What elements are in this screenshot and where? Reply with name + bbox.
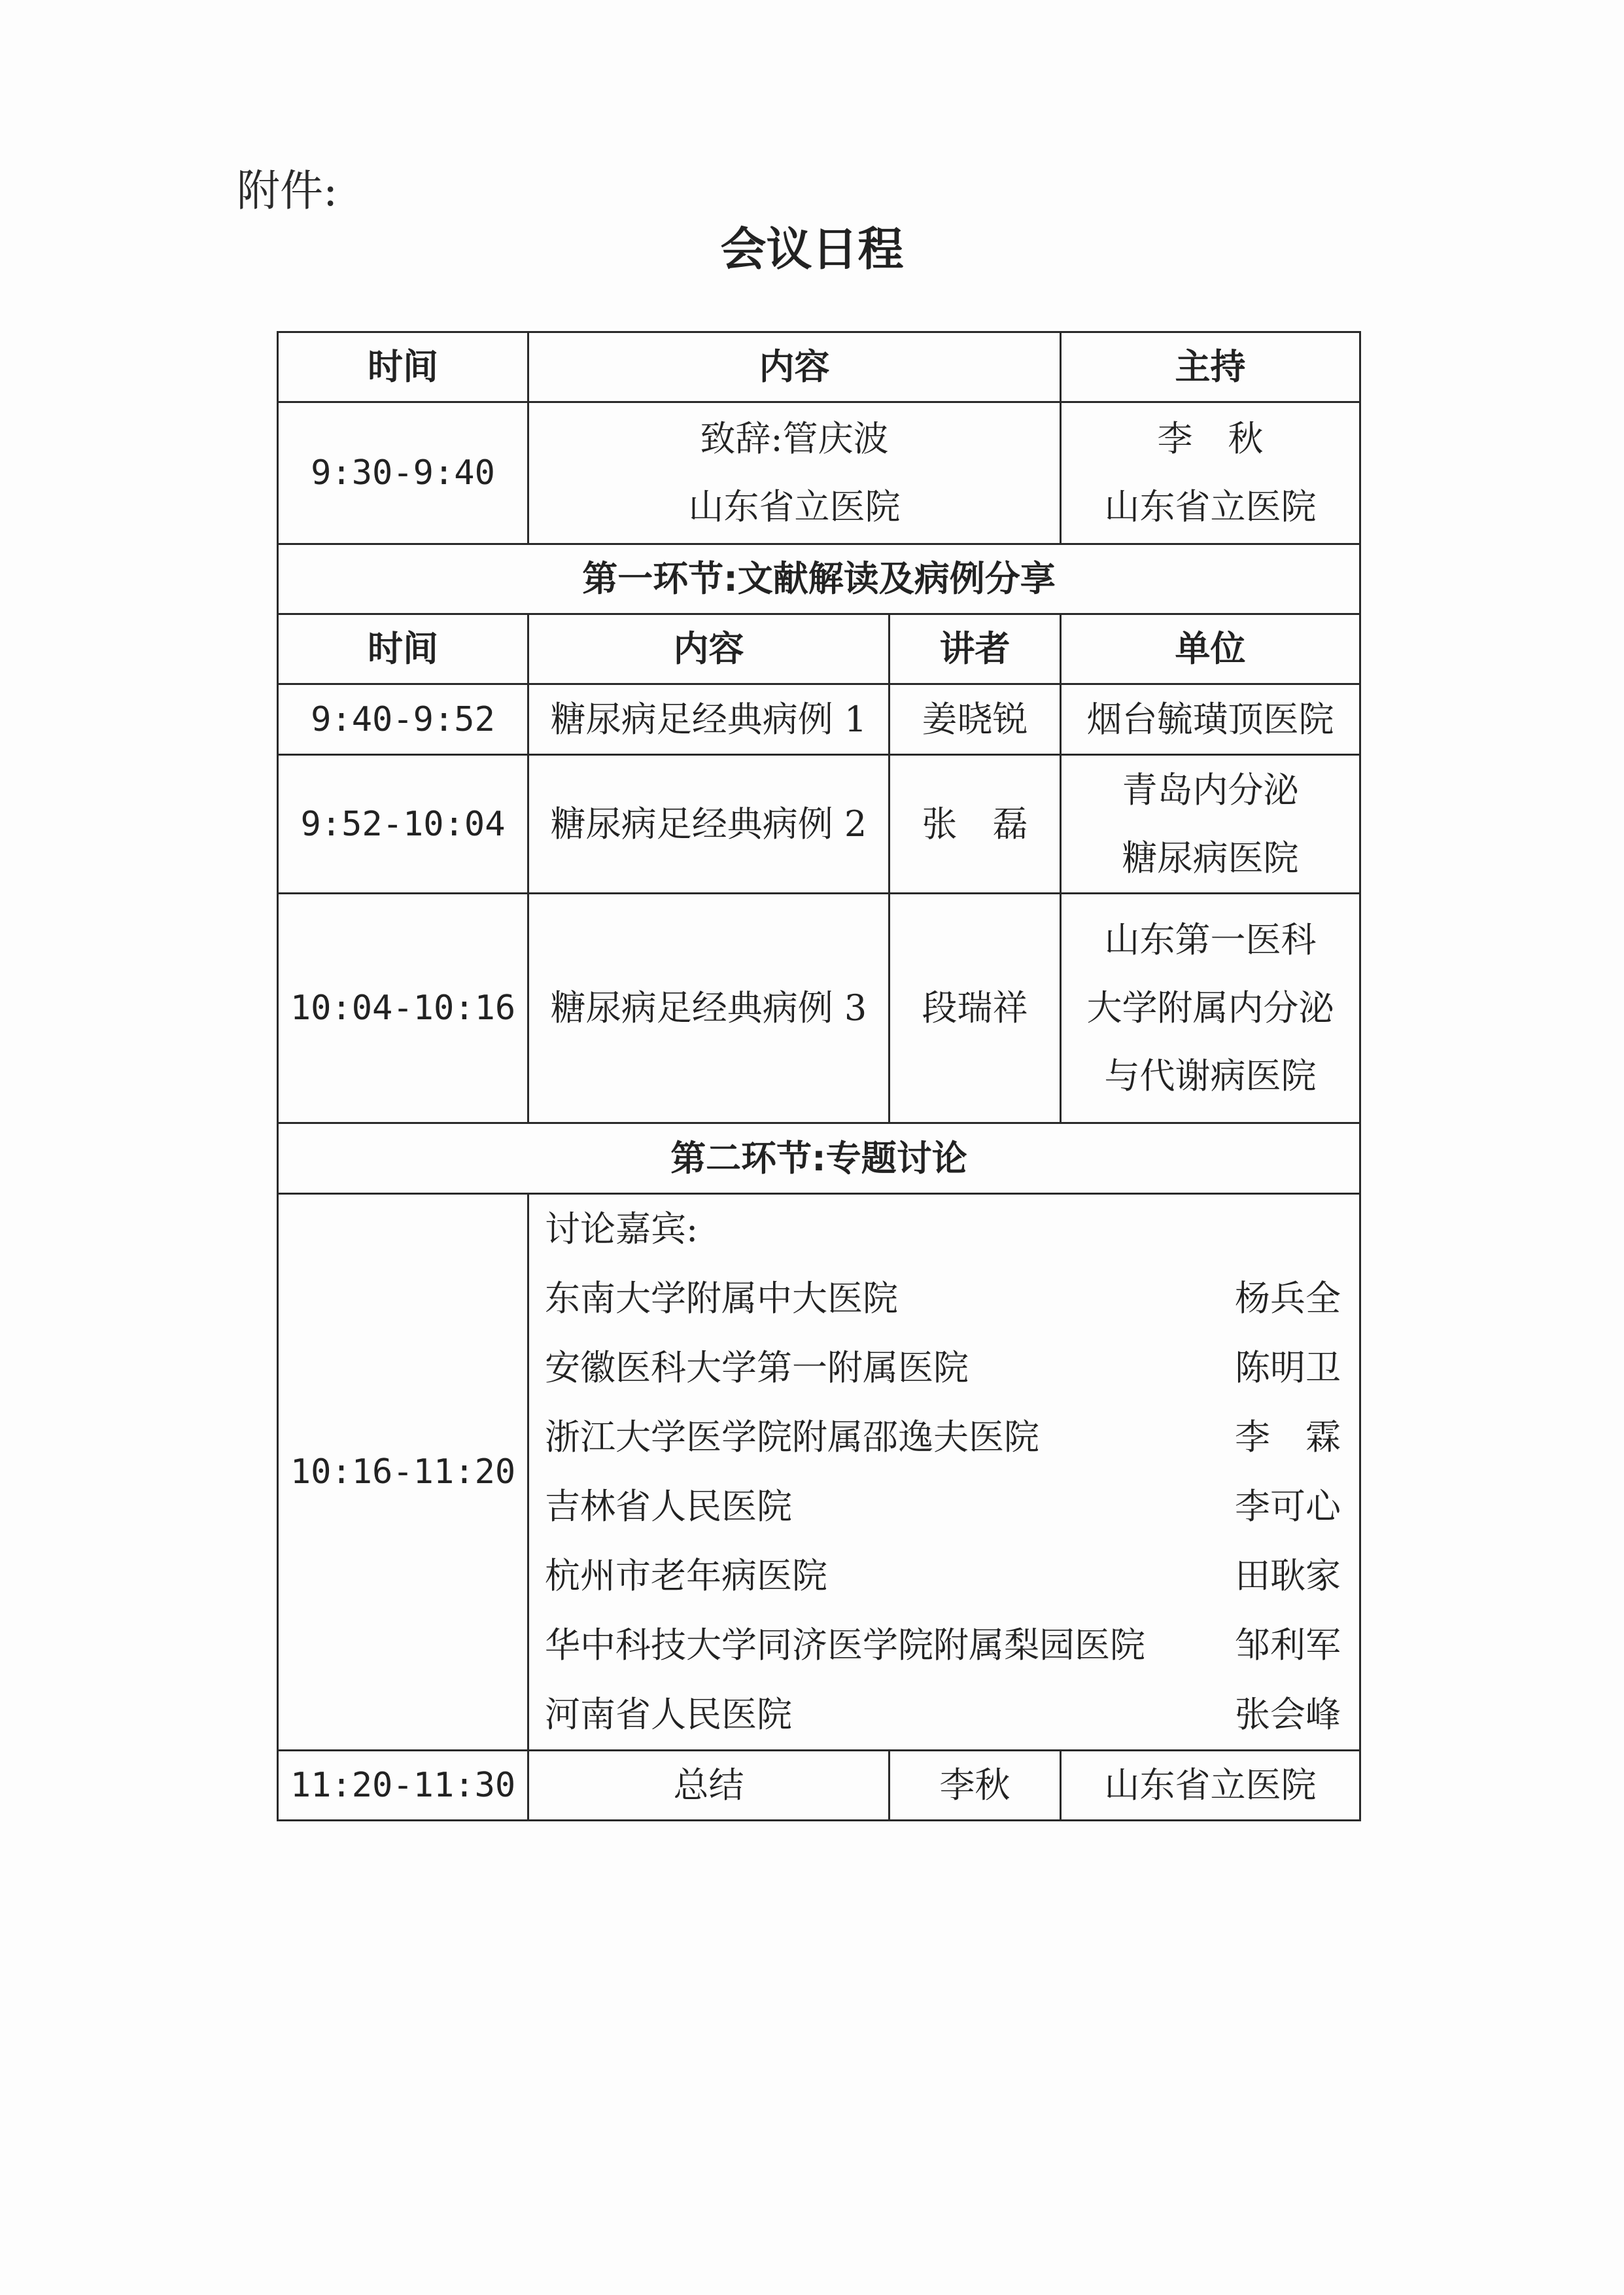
guest-item: 东南大学附属中大医院杨兵全 [545, 1264, 1341, 1333]
section1-title: 第一环节:文献解读及病例分享 [278, 544, 1360, 614]
speaker-cell: 段瑞祥 [890, 894, 1061, 1123]
guest-name: 邹利军 [1235, 1611, 1341, 1680]
table-row: 9:52-10:04 糖尿病足经典病例 2 张 磊 青岛内分泌 糖尿病医院 [278, 755, 1360, 894]
unit-line: 青岛内分泌 [1062, 756, 1359, 824]
guest-item: 河南省人民医院张会峰 [545, 1680, 1341, 1749]
guest-item: 浙江大学医学院附属邵逸夫医院李 霖 [545, 1403, 1341, 1472]
section1-header-row: 时间 内容 讲者 单位 [278, 614, 1360, 684]
time-cell: 9:30-9:40 [278, 402, 528, 544]
content-cell: 糖尿病足经典病例 3 [528, 894, 890, 1123]
host-cell: 李 秋 山东省立医院 [1061, 402, 1360, 544]
header-content: 内容 [528, 614, 890, 684]
content-cell: 致辞:管庆波 山东省立医院 [528, 402, 1061, 544]
unit-line: 山东第一医科 [1062, 906, 1359, 974]
guest-name: 杨兵全 [1235, 1264, 1341, 1333]
closing-row: 11:20-11:30 总结 李秋 山东省立医院 [278, 1751, 1360, 1821]
header-content: 内容 [528, 332, 1061, 402]
unit-cell: 青岛内分泌 糖尿病医院 [1061, 755, 1360, 894]
unit-cell: 山东第一医科 大学附属内分泌 与代谢病医院 [1061, 894, 1360, 1123]
guest-name: 陈明卫 [1235, 1333, 1341, 1403]
speaker-cell: 张 磊 [890, 755, 1061, 894]
guest-org: 东南大学附属中大医院 [545, 1264, 898, 1333]
content-line: 致辞:管庆波 [529, 405, 1060, 473]
guest-item: 安徽医科大学第一附属医院陈明卫 [545, 1333, 1341, 1403]
content-cell: 糖尿病足经典病例 1 [528, 684, 890, 755]
schedule-table: 时间 内容 主持 9:30-9:40 致辞:管庆波 山东省立医院 李 秋 山东省… [277, 331, 1361, 1821]
opening-row: 9:30-9:40 致辞:管庆波 山东省立医院 李 秋 山东省立医院 [278, 402, 1360, 544]
section1-title-row: 第一环节:文献解读及病例分享 [278, 544, 1360, 614]
opening-header-row: 时间 内容 主持 [278, 332, 1360, 402]
guest-name: 张会峰 [1235, 1680, 1341, 1749]
speaker-cell: 李秋 [890, 1751, 1061, 1821]
discussion-row: 10:16-11:20 讨论嘉宾: 东南大学附属中大医院杨兵全 安徽医科大学第一… [278, 1194, 1360, 1751]
header-speaker: 讲者 [890, 614, 1061, 684]
unit-cell: 烟台毓璜顶医院 [1061, 684, 1360, 755]
time-cell: 11:20-11:30 [278, 1751, 528, 1821]
guest-org: 吉林省人民医院 [545, 1472, 792, 1541]
host-name: 李 秋 [1062, 405, 1359, 473]
guests-label-text: 讨论嘉宾: [545, 1195, 698, 1264]
guest-item: 杭州市老年病医院田耿家 [545, 1541, 1341, 1611]
content-cell: 总结 [528, 1751, 890, 1821]
guests-label: 讨论嘉宾: [545, 1195, 1341, 1264]
unit-line: 烟台毓璜顶医院 [1062, 686, 1359, 754]
section2-title-row: 第二环节:专题讨论 [278, 1123, 1360, 1194]
guest-item: 华中科技大学同济医学院附属梨园医院邹利军 [545, 1611, 1341, 1680]
host-unit: 山东省立医院 [1062, 473, 1359, 541]
section2-title: 第二环节:专题讨论 [278, 1123, 1360, 1194]
content-cell: 糖尿病足经典病例 2 [528, 755, 890, 894]
header-time: 时间 [278, 614, 528, 684]
unit-line: 与代谢病医院 [1062, 1042, 1359, 1110]
guest-name: 李 霖 [1235, 1403, 1341, 1472]
guest-name: 李可心 [1235, 1472, 1341, 1541]
header-host: 主持 [1061, 332, 1360, 402]
table-row: 10:04-10:16 糖尿病足经典病例 3 段瑞祥 山东第一医科 大学附属内分… [278, 894, 1360, 1123]
time-cell: 10:04-10:16 [278, 894, 528, 1123]
header-unit: 单位 [1061, 614, 1360, 684]
page-title: 会议日程 [0, 213, 1624, 279]
attachment-label: 附件: [237, 156, 337, 218]
guests-cell: 讨论嘉宾: 东南大学附属中大医院杨兵全 安徽医科大学第一附属医院陈明卫 浙江大学… [528, 1194, 1360, 1751]
time-cell: 9:40-9:52 [278, 684, 528, 755]
unit-line: 大学附属内分泌 [1062, 974, 1359, 1042]
table-row: 9:40-9:52 糖尿病足经典病例 1 姜晓锐 烟台毓璜顶医院 [278, 684, 1360, 755]
guest-org: 河南省人民医院 [545, 1680, 792, 1749]
guest-name: 田耿家 [1235, 1541, 1341, 1611]
header-time: 时间 [278, 332, 528, 402]
guest-item: 吉林省人民医院李可心 [545, 1472, 1341, 1541]
unit-cell: 山东省立医院 [1061, 1751, 1360, 1821]
speaker-cell: 姜晓锐 [890, 684, 1061, 755]
guest-org: 安徽医科大学第一附属医院 [545, 1333, 969, 1403]
content-line: 山东省立医院 [529, 473, 1060, 541]
time-cell: 10:16-11:20 [278, 1194, 528, 1751]
guest-org: 华中科技大学同济医学院附属梨园医院 [545, 1611, 1145, 1680]
guest-org: 杭州市老年病医院 [545, 1541, 827, 1611]
guest-org: 浙江大学医学院附属邵逸夫医院 [545, 1403, 1039, 1472]
time-cell: 9:52-10:04 [278, 755, 528, 894]
unit-line: 糖尿病医院 [1062, 824, 1359, 892]
